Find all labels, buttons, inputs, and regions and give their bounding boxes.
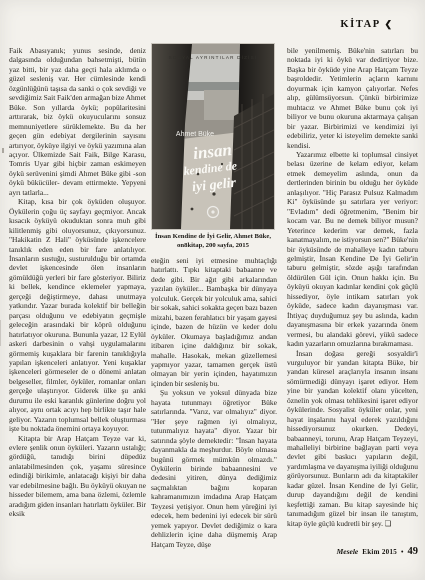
paragraph: Faik Abasıyanık; yunus sesinde, deniz da…: [9, 46, 146, 197]
cover-author-text: Ahmet Büke: [176, 131, 214, 138]
caption-line2: on8kitap, 200 sayfa, 2015: [148, 242, 278, 251]
book-cover-art: SOSYAL AYRINTILAR DİZİSİ Ahmet Büke insa…: [152, 44, 274, 229]
scan-artifact: [2, 148, 4, 153]
article-column-left: Faik Abasıyanık; yunus sesinde, deniz da…: [9, 46, 146, 519]
magazine-name: Mesele: [337, 547, 359, 556]
book-caption: İnsan Kendine de İyi Gelir, Ahmet Büke, …: [148, 233, 278, 250]
section-header: KİTAP ❮: [340, 19, 392, 30]
paragraph: Şu yoksun ve yoksul dünyada bize hayata …: [151, 388, 277, 549]
paragraph: Yazarımız elbette ki toplumsal cinsiyet …: [287, 150, 418, 349]
page-number: 49: [408, 546, 419, 557]
scan-artifact: [0, 320, 1, 346]
article-column-middle: eteğin seni iyi etmesine muhtaçlığı hatı…: [151, 256, 277, 549]
paragraph: İnsan doğası gereği sosyaldir'i vurguluy…: [287, 349, 418, 529]
magazine-page: KİTAP ❮ Faik Abasıyanık; yunus sesinde, …: [0, 0, 425, 580]
paragraph: Kitapta bir Arap Hatçam Teyze var ki, ev…: [9, 434, 146, 519]
caption-line1: İnsan Kendine de İyi Gelir, Ahmet Büke,: [148, 233, 278, 242]
page-footer: Mesele Ekim 2015 • 49: [280, 541, 418, 559]
paragraph: Kitap, kısa bir çok öyküden oluşuyor. Öy…: [9, 197, 146, 433]
cover-sea: [180, 82, 246, 91]
section-label: KİTAP: [340, 19, 380, 30]
publisher-logo-dot: [211, 210, 214, 213]
section-arrow-icon: ❮: [384, 19, 392, 29]
cover-series-text: SOSYAL AYRINTILAR DİZİSİ: [169, 54, 258, 60]
book-cover-image: SOSYAL AYRINTILAR DİZİSİ Ahmet Büke insa…: [152, 44, 274, 229]
article-column-right: bile yenilmemiş. Büke'nin satırları bu n…: [287, 46, 418, 528]
issue-date: Ekim 2015: [362, 548, 397, 556]
paragraph: eteğin seni iyi etmesine muhtaçlığı hatı…: [151, 256, 277, 388]
paragraph: bile yenilmemiş. Büke'nin satırları bu n…: [287, 46, 418, 150]
footer-separator: •: [401, 548, 403, 556]
